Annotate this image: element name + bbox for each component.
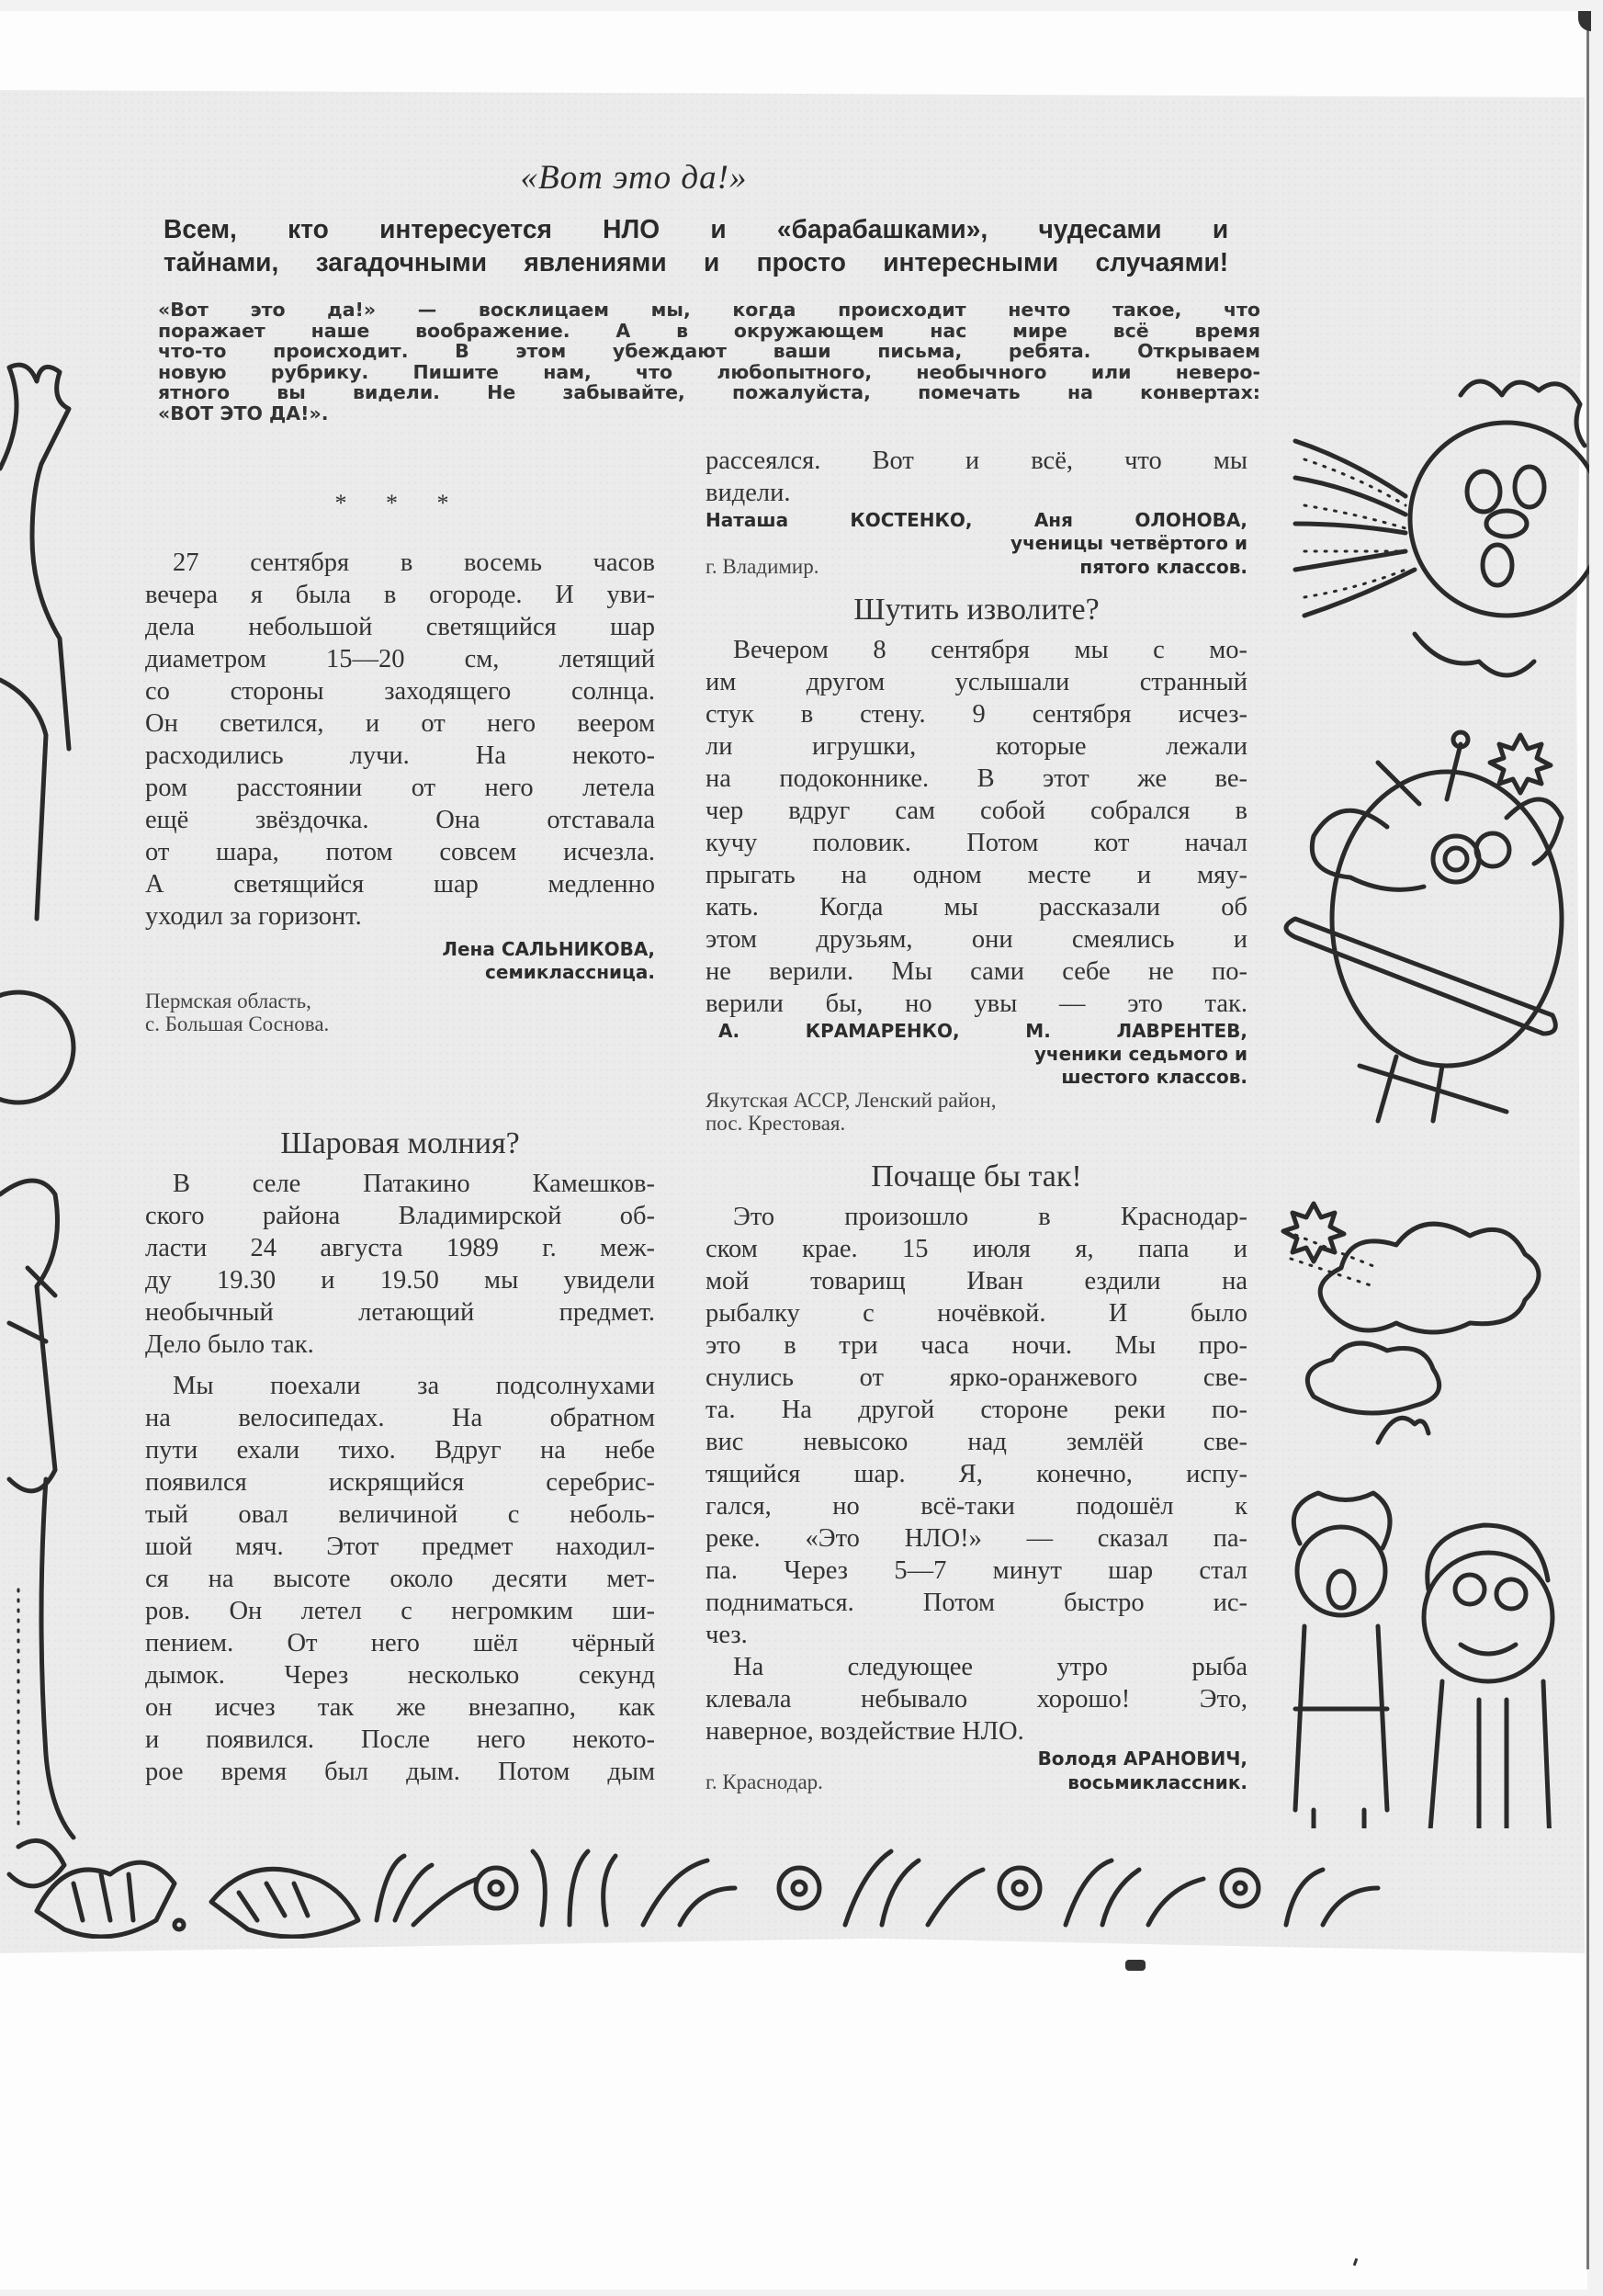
lead-line: Всем, кто интересуется НЛО и «барабашкам… [164, 213, 1228, 246]
text-line: А светящийся шар медленно [145, 868, 655, 900]
author-grade: восьмиклассник. [1067, 1771, 1247, 1794]
text-line: чез. [706, 1619, 1247, 1651]
intro-line: «ВОТ ЭТО ДА!». [158, 403, 1260, 424]
text-line: ском крае. 15 июля я, папа и [706, 1233, 1247, 1265]
lead-headline: Всем, кто интересуется НЛО и «барабашкам… [164, 213, 1228, 279]
text-line: рассеялся. Вот и всё, что мы [706, 445, 1247, 477]
scan-smudge [1125, 1960, 1146, 1971]
text-line: тящийся шар. Я, конечно, испу- [706, 1458, 1247, 1490]
text-line: клевала небывало хорошо! Это, [706, 1683, 1247, 1715]
left-column: * * * 27 сентября в восемь часов вечера … [145, 487, 655, 1788]
fishing-rod-icon [9, 1479, 73, 1886]
author-name: Наташа КОСТЕНКО, Аня ОЛОНОВА, [706, 509, 1247, 532]
story-heading: Шаровая молния? [145, 1124, 655, 1164]
text-line: необычный летающий предмет. [145, 1296, 655, 1329]
story-heading: Шутить изволите? [706, 590, 1247, 630]
author-grade: семиклассница. [145, 961, 655, 984]
text-line: расходились лучи. На некото- [145, 740, 655, 772]
text-line: со стороны заходящего солнца. [145, 675, 655, 707]
text-line: Он светился, и от него веером [145, 707, 655, 740]
text-line: 27 сентября в восемь часов [145, 547, 655, 579]
place-line: Якутская АССР, Ленский район, [706, 1089, 1247, 1112]
intro-line: ятного вы видели. Не забывайте, пожалуйс… [158, 382, 1260, 403]
flowers-icon [377, 1851, 1378, 1925]
author-name: А. КРАМАРЕНКО, М. ЛАВРЕНТЕВ, [706, 1020, 1247, 1043]
text-line: наверное, воздействие НЛО. [706, 1715, 1247, 1747]
text-line: и появился. После него некото- [145, 1724, 655, 1756]
story-ball-lightning-continued: рассеялся. Вот и всё, что мы видели. Нат… [706, 445, 1247, 579]
text-line: стук в стену. 9 сентября исчез- [706, 698, 1247, 730]
alien-ufo-icon [1286, 732, 1562, 1121]
text-line: пути ехали тихо. Вдруг на небе [145, 1434, 655, 1466]
text-line: диаметром 15—20 см, летящий [145, 643, 655, 675]
author-grade: шестого классов. [706, 1066, 1247, 1089]
text-line: от шара, потом совсем исчезла. [145, 836, 655, 868]
story-joking: Шутить изволите? Вечером 8 сентября мы с… [706, 590, 1247, 1135]
intro-line: что-то происходит. В этом убеждают ваши … [158, 341, 1260, 362]
text-line: Дело было так. [145, 1329, 655, 1361]
intro-line: новую рубрику. Пишите нам, что любопытно… [158, 362, 1260, 383]
text-line: прыгать на одном месте и мяу- [706, 859, 1247, 891]
text-line: видели. [706, 477, 1247, 509]
text-line: вечера я была в огороде. И уви- [145, 579, 655, 611]
intro-line: поражает наше воображение. А в окружающе… [158, 321, 1260, 342]
text-line: тый овал величиной с неболь- [145, 1499, 655, 1531]
text-line: В селе Патакино Камешков- [145, 1168, 655, 1200]
text-line: на подоконнике. В этот же ве- [706, 763, 1247, 795]
story-heading: Почаще бы так! [706, 1157, 1247, 1197]
text-line: появился искрящийся серебрис- [145, 1466, 655, 1499]
text-line: Вечером 8 сентября мы с мо- [706, 634, 1247, 666]
text-line: гался, но всё-таки подошёл к [706, 1490, 1247, 1522]
fish-icon [37, 1862, 358, 1937]
text-line: рыбалку с ночёвкой. И было [706, 1297, 1247, 1329]
text-line: мой товарищ Иван ездили на [706, 1265, 1247, 1297]
text-line: вис невысоко над землёй све- [706, 1426, 1247, 1458]
author-name: Володя АРАНОВИЧ, [706, 1747, 1247, 1770]
place-line: пос. Крестовая. [706, 1112, 1247, 1135]
text-line: шой мяч. Этот предмет находил- [145, 1531, 655, 1563]
text-line: верили бы, но увы — это так. [706, 988, 1247, 1020]
rubric-title: «Вот это да!» [0, 158, 1268, 198]
text-line: подниматься. Потом быстро ис- [706, 1587, 1247, 1619]
hand-figure-icon [0, 365, 69, 919]
text-line: пением. От него шёл чёрный [145, 1627, 655, 1659]
story-ball-lightning: Шаровая молния? В селе Патакино Камешков… [145, 1124, 655, 1788]
text-line: кать. Когда мы рассказали об [706, 891, 1247, 923]
text-line: дымок. Через несколько секунд [145, 1659, 655, 1691]
text-line: ров. Он летел с негромким ши- [145, 1595, 655, 1627]
text-line: снулись от ярко-оранжевого све- [706, 1362, 1247, 1394]
story-more-often: Почаще бы так! Это произошло в Краснодар… [706, 1157, 1247, 1794]
intro-paragraph: «Вот это да!» — восклицаем мы, когда про… [158, 300, 1260, 424]
story-first: 27 сентября в восемь часов вечера я была… [145, 547, 655, 1035]
children-watching-icon [1293, 1418, 1552, 1828]
text-line: рое время был дым. Потом дым [145, 1756, 655, 1788]
text-line: на велосипедах. На обратном [145, 1402, 655, 1434]
text-line: ещё звёздочка. Она отставала [145, 804, 655, 836]
text-line: па. Через 5—7 минут шар стал [706, 1555, 1247, 1587]
right-column: рассеялся. Вот и всё, что мы видели. Нат… [706, 445, 1247, 1794]
left-illustration-strip [0, 331, 138, 1911]
text-line: ласти 24 августа 1989 г. меж- [145, 1232, 655, 1264]
place-line: Пермская область, [145, 990, 655, 1012]
text-line: кучу половик. Потом кот начал [706, 827, 1247, 859]
place-line: с. Большая Соснова. [145, 1012, 655, 1035]
text-line: ли игрушки, которые лежали [706, 730, 1247, 763]
text-line: уходил за горизонт. [145, 900, 655, 933]
author-grade: ученики седьмого и [706, 1043, 1247, 1066]
clouds-icon [1283, 1204, 1539, 1413]
lead-line: тайнами, загадочными явлениями и просто … [164, 246, 1228, 279]
text-line: реке. «Это НЛО!» — сказал па- [706, 1522, 1247, 1555]
text-line: Это произошло в Краснодар- [706, 1201, 1247, 1233]
author-grade: ученицы четвёртого и [706, 532, 1247, 555]
text-line: не верили. Мы сами себе не по- [706, 956, 1247, 988]
text-line: чер вдруг сам собой собрался в [706, 795, 1247, 827]
text-line: та. На другой стороне реки по- [706, 1394, 1247, 1426]
place-line: г. Краснодар. [706, 1770, 823, 1793]
text-line: На следующее утро рыба [706, 1651, 1247, 1683]
text-line: этом друзьям, они смеялись и [706, 923, 1247, 956]
text-line: ром расстоянии от него летела [145, 772, 655, 804]
fish-and-flowers-border [18, 1838, 1571, 1939]
text-line: он исчез так же внезапно, как [145, 1691, 655, 1724]
text-line: дела небольшой светящийся шар [145, 611, 655, 643]
diver-figure-icon [0, 992, 73, 1491]
author-grade: пятого классов. [1079, 556, 1247, 579]
text-line: ского района Владимирской об- [145, 1200, 655, 1232]
text-line: Мы поехали за подсолнухами [145, 1370, 655, 1402]
author-name: Лена САЛЬНИКОВА, [145, 938, 655, 961]
separator-stars: * * * [145, 487, 655, 519]
sun-face-icon [1295, 381, 1589, 675]
text-line: им другом услышали странный [706, 666, 1247, 698]
intro-line: «Вот это да!» — восклицаем мы, когда про… [158, 300, 1260, 321]
text-line: ду 19.30 и 19.50 мы увидели [145, 1264, 655, 1296]
text-line: ся на высоте около десяти мет- [145, 1563, 655, 1595]
place-line: г. Владимир. [706, 555, 819, 578]
right-illustration-strip [1277, 340, 1589, 1828]
text-line: это в три часа ночи. Мы про- [706, 1329, 1247, 1362]
